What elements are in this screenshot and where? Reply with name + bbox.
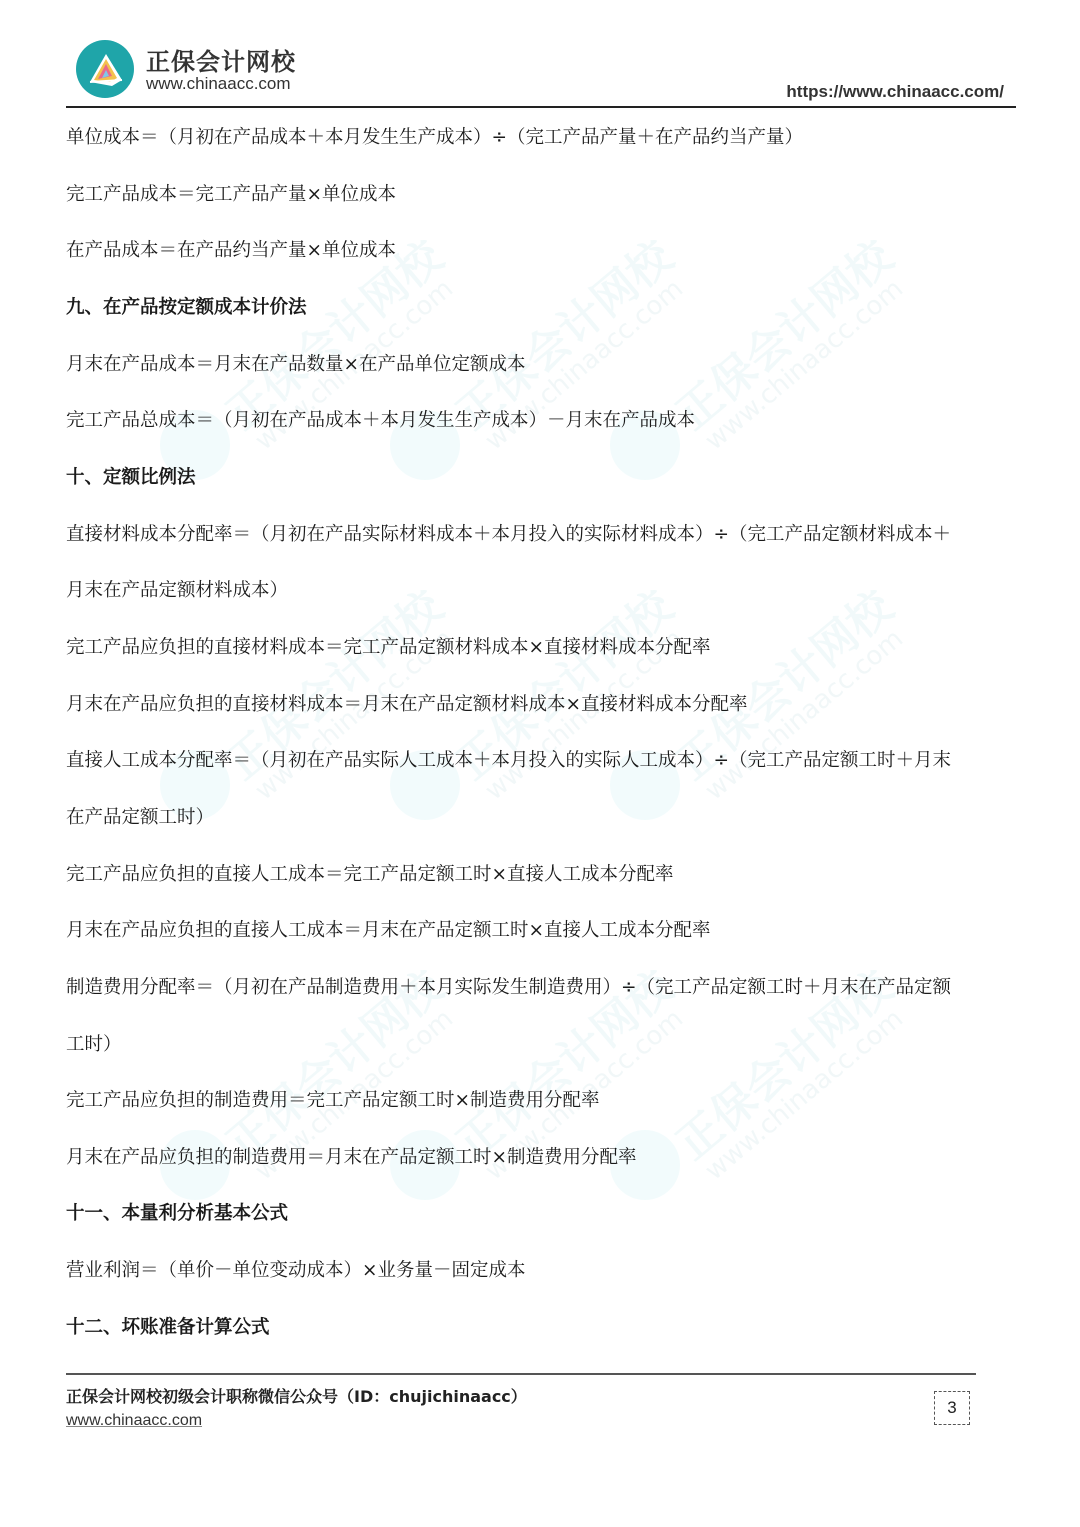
brand-name: 正保会计网校 bbox=[146, 42, 296, 77]
formula-line: 月末在产品应负担的直接材料成本＝月末在产品定额材料成本×直接材料成本分配率 bbox=[66, 685, 748, 725]
footer-url-link[interactable]: www.chinaacc.com bbox=[66, 1412, 202, 1430]
formula-line: 直接材料成本分配率＝（月初在产品实际材料成本＋本月投入的实际材料成本）÷（完工产… bbox=[66, 515, 951, 555]
section-heading: 十二、坏账准备计算公式 bbox=[66, 1308, 270, 1348]
section-heading: 十一、本量利分析基本公式 bbox=[66, 1194, 288, 1234]
formula-line-continuation: 在产品定额工时） bbox=[66, 798, 214, 838]
section-heading: 九、在产品按定额成本计价法 bbox=[66, 288, 307, 328]
site-url-link[interactable]: https://www.chinaacc.com/ bbox=[786, 82, 1004, 102]
formula-line: 直接人工成本分配率＝（月初在产品实际人工成本＋本月投入的实际人工成本）÷（完工产… bbox=[66, 741, 951, 781]
page-number: 3 bbox=[934, 1391, 970, 1425]
formula-line: 完工产品应负担的直接人工成本＝完工产品定额工时×直接人工成本分配率 bbox=[66, 855, 674, 895]
chinaacc-logo-icon bbox=[76, 40, 134, 98]
formula-line: 单位成本＝（月初在产品成本＋本月发生生产成本）÷（完工产品产量＋在产品约当产量） bbox=[66, 118, 803, 158]
formula-line: 制造费用分配率＝（月初在产品制造费用＋本月实际发生制造费用）÷（完工产品定额工时… bbox=[66, 968, 951, 1008]
footer-title: 正保会计网校初级会计职称微信公众号（ID：chujichinaacc） bbox=[66, 1384, 527, 1407]
formula-line: 完工产品应负担的制造费用＝完工产品定额工时×制造费用分配率 bbox=[66, 1081, 600, 1121]
watermark-subtext: www.chinaacc.com bbox=[699, 1004, 909, 1187]
formula-line: 营业利润＝（单价－单位变动成本）×业务量－固定成本 bbox=[66, 1251, 526, 1291]
formula-line: 完工产品总成本＝（月初在产品成本＋本月发生生产成本）－月末在产品成本 bbox=[66, 401, 695, 441]
watermark-subtext: www.chinaacc.com bbox=[699, 274, 909, 457]
page-header: 正保会计网校 www.chinaacc.com https://www.chin… bbox=[66, 36, 1016, 108]
formula-line: 完工产品成本＝完工产品产量×单位成本 bbox=[66, 175, 396, 215]
formula-line: 月末在产品应负担的制造费用＝月末在产品定额工时×制造费用分配率 bbox=[66, 1138, 637, 1178]
section-heading: 十、定额比例法 bbox=[66, 458, 196, 498]
formula-line-continuation: 工时） bbox=[66, 1025, 122, 1065]
document-page: 正保会计网校 正保会计网校 正保会计网校 www.chinaacc.com ww… bbox=[0, 0, 1080, 1527]
formula-line: 月末在产品成本＝月末在产品数量×在产品单位定额成本 bbox=[66, 345, 526, 385]
footer-divider bbox=[66, 1373, 976, 1375]
formula-line-continuation: 月末在产品定额材料成本） bbox=[66, 571, 288, 611]
watermark-text: 正保会计网校 bbox=[660, 223, 903, 442]
formula-line: 在产品成本＝在产品约当产量×单位成本 bbox=[66, 231, 396, 271]
brand-url: www.chinaacc.com bbox=[146, 74, 291, 94]
header-divider bbox=[66, 106, 1016, 108]
formula-line: 月末在产品应负担的直接人工成本＝月末在产品定额工时×直接人工成本分配率 bbox=[66, 911, 711, 951]
formula-line: 完工产品应负担的直接材料成本＝完工产品定额材料成本×直接材料成本分配率 bbox=[66, 628, 711, 668]
